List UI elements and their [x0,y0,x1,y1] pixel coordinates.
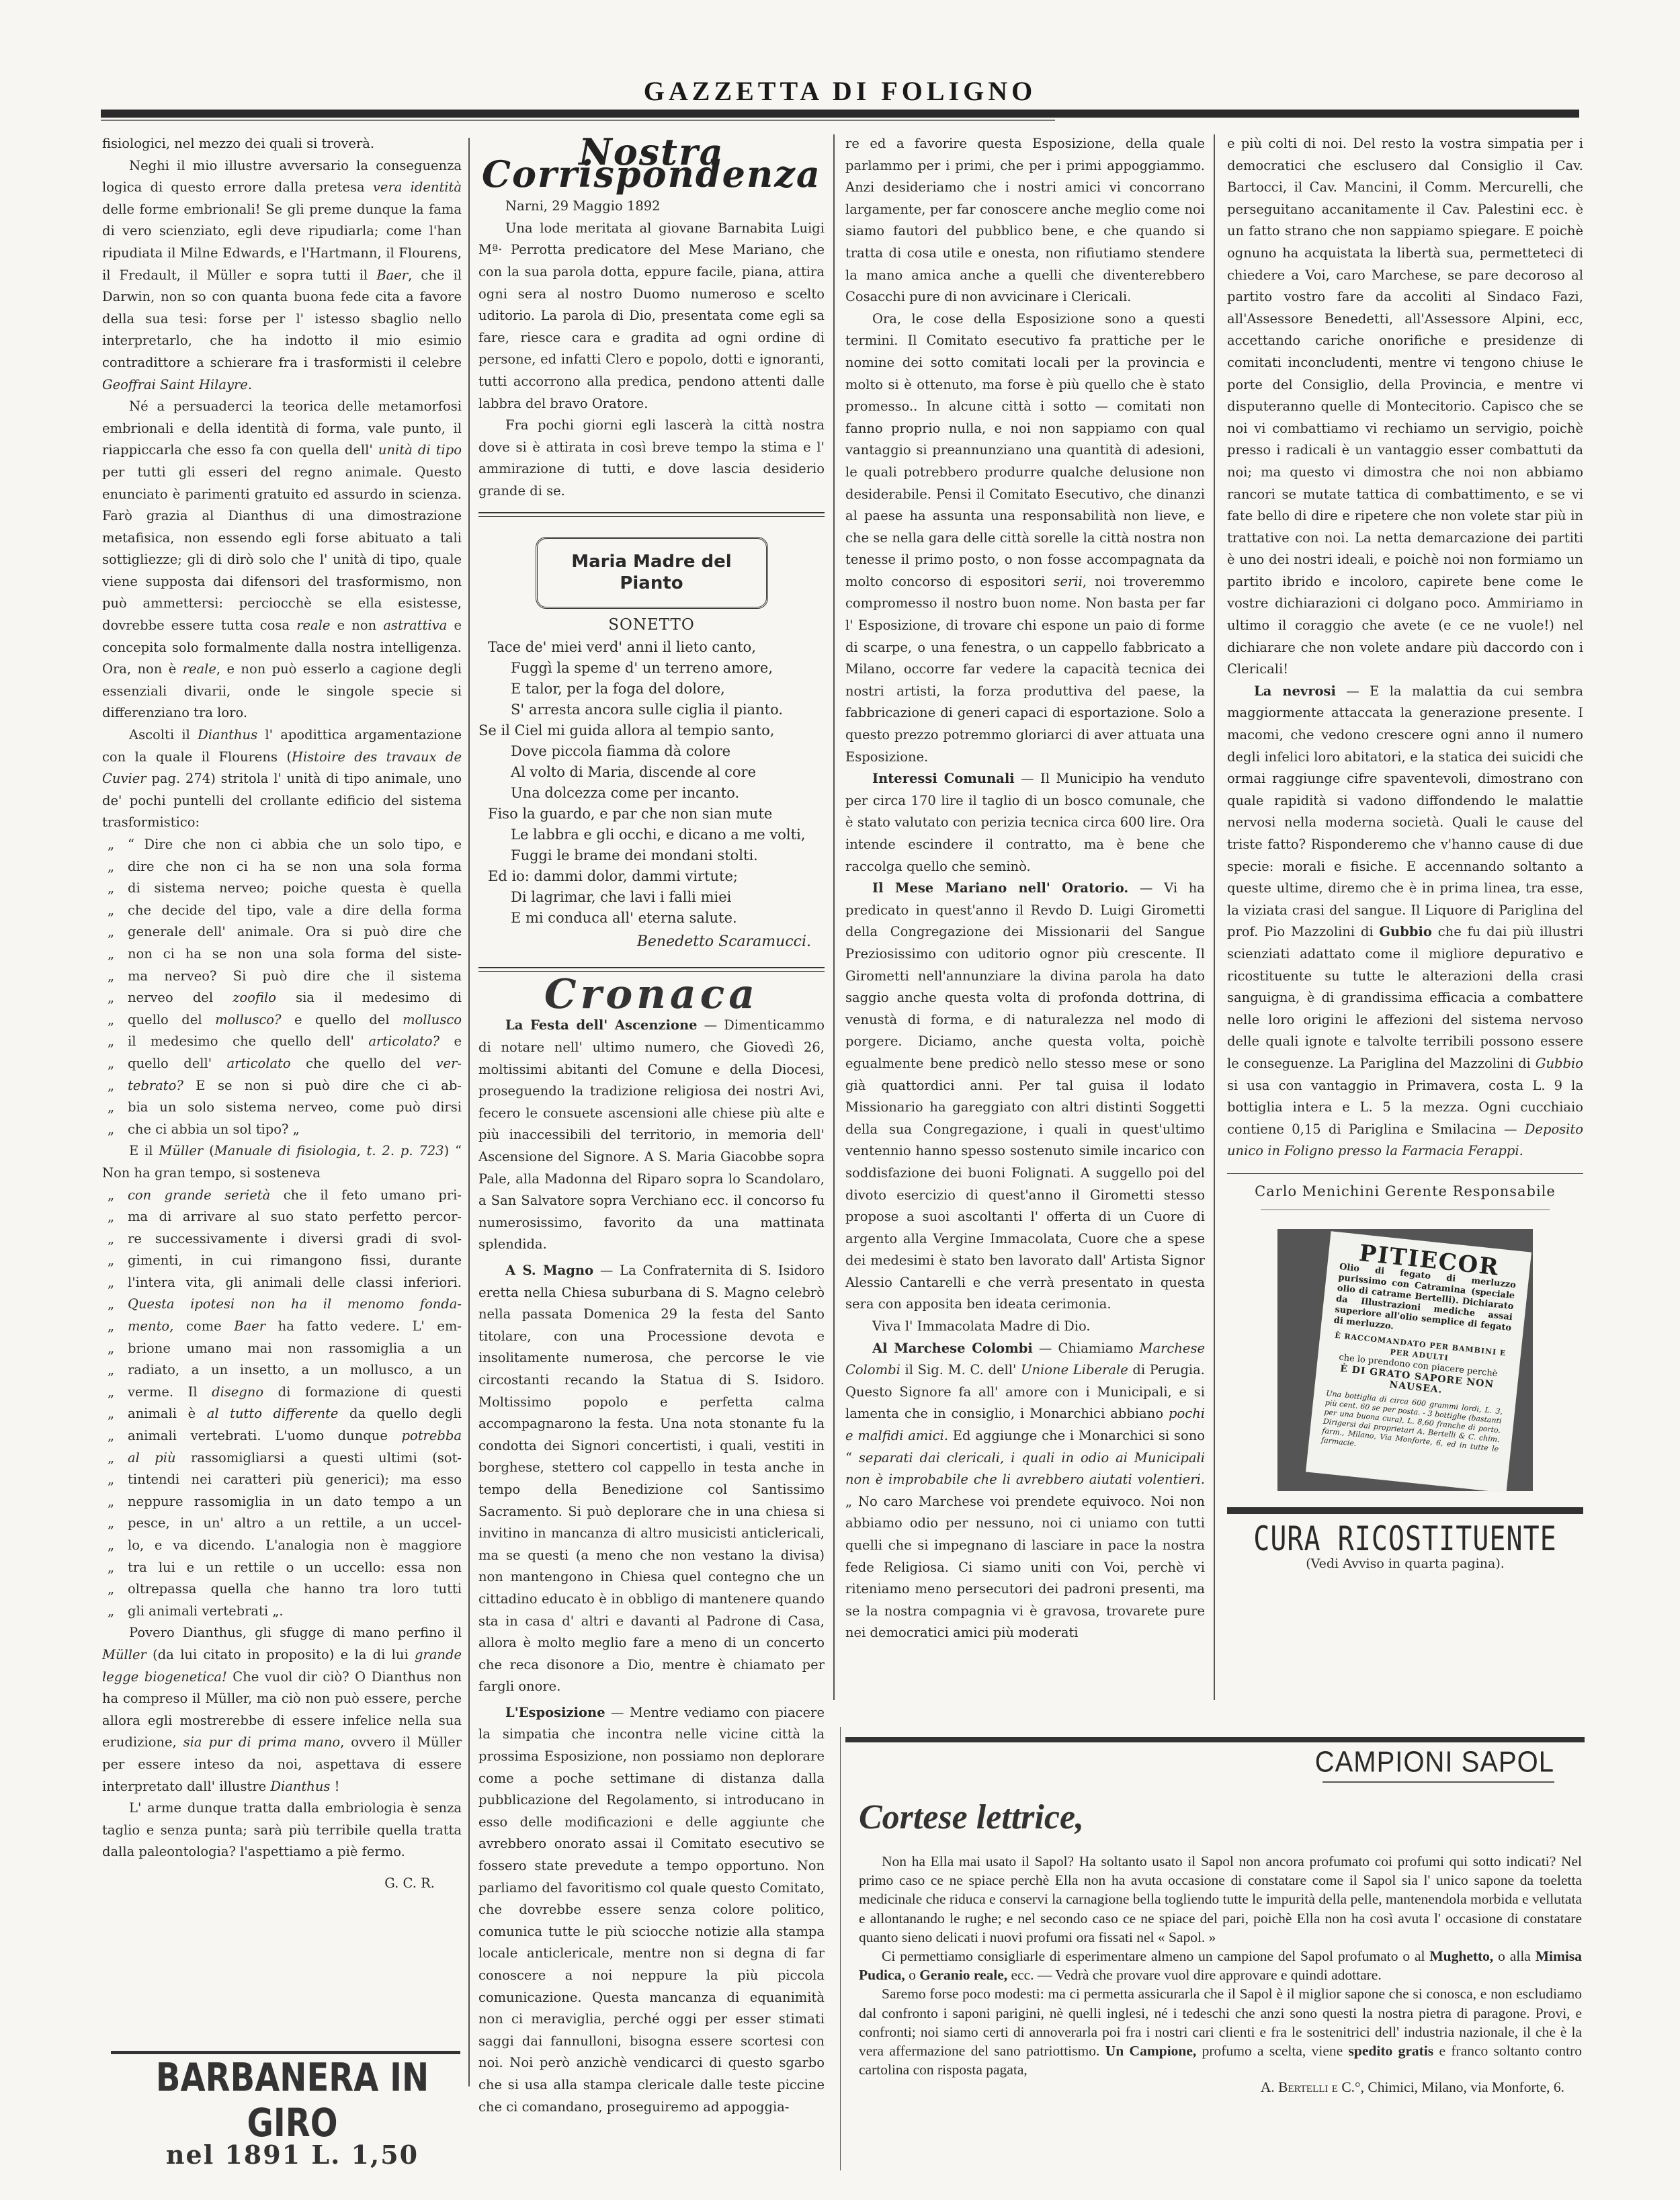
bold-heading: Gubbio [1379,924,1432,939]
paragraph: Né a persuaderci la teorica delle metamo… [102,396,462,724]
bold-heading: Mughetto, [1429,1948,1493,1964]
text-run: quello dell' [128,1056,227,1071]
article-column-correspondence: Nostra Corrispondenza Narni, 29 Maggio 1… [478,133,825,2118]
text-run: bia un solo sistema nerveo, come può dir… [128,1099,462,1115]
quote-mark: „ [108,1250,114,1272]
column-divider [1214,134,1215,1700]
correspondence-paragraph: Fra pochi giorni egli lascerà la città n… [478,415,825,502]
quote-mark: „ [108,921,114,943]
quote-mark: „ [108,878,114,900]
text-run: “ Dire che non ci abbia che un solo tipo… [128,837,462,852]
article-paragraphs: re ed a favorire questa Esposizione, del… [845,133,1205,1644]
text-run: gli animali vertebrati „. [128,1603,284,1619]
text-run: gimenti, in cui rimangono fissi, durante [128,1253,462,1268]
quote-mark: „ [108,1513,114,1535]
quotation-line: „quello dell' articolato che quello del … [102,1053,462,1075]
quotation-line: „“ Dire che non ci abbia che un solo tip… [102,834,462,856]
cura-ricostituente-title: CURA RICOSTITUENTE [1227,1525,1583,1553]
text-run: — Chiamiamo [1033,1341,1140,1356]
text-run: brione umano mai non rassomiglia a un [128,1341,462,1356]
news-item-text: — Mentre vediamo con piacere la simpatia… [478,1705,825,2115]
quotation-line: „tebrato? E se non si può dire che ci ab… [102,1075,462,1097]
poem-line: Fuggì la speme d' un terreno amore, [478,658,825,679]
poem-line: Al volto di Maria, discende al core [478,762,825,783]
quote-mark: „ [108,834,114,856]
text-run: e quello del [281,1012,403,1027]
text-run: o alla [1493,1948,1535,1964]
quotation-line: „al più rassomigliarsi a questi ultimi (… [102,1447,462,1470]
italic-text: Müller [159,1143,203,1158]
text-run: di sistema nerveo; poiche questa è quell… [128,880,462,896]
news-item-title: L'Esposizione [505,1705,605,1720]
quote-mark: „ [108,1469,114,1491]
poem-line: E mi conduca all' eterna salute. [478,908,825,929]
muller-citation: E il Müller (Manuale di fisiologia, t. 2… [102,1140,462,1184]
news-item: La Festa dell' Ascenzione — Dimenticammo… [478,1015,825,1256]
quotation-line: „neppure rassomiglia in un dato tempo a … [102,1491,462,1513]
section-heading-correspondence: Nostra Corrispondenza [478,141,825,185]
text-run: Non ha Ella mai usato il Sapol? Ha solta… [859,1853,1582,1945]
italic-text: tebrato? [128,1078,183,1093]
quotation-line: „generale dell' animale. Ora si può dire… [102,921,462,943]
quotation-line: „nerveo del zoofilo sia il medesimo di [102,987,462,1009]
bold-heading: spedito gratis [1349,2043,1434,2059]
quote-mark: „ [108,1535,114,1557]
paragraph: fisiologici, nel mezzo dei quali si trov… [102,133,462,155]
poem-line: E talor, per la foga del dolore, [478,679,825,700]
quotation-line: „oltrepassa quella che hanno tra loro tu… [102,1578,462,1601]
text-run: che quello del [291,1056,436,1071]
quotation-line: „gli animali vertebrati „. [102,1601,462,1623]
italic-text: mento, [128,1318,173,1334]
text-run: ecc. — Vedrà che provare vuol dire appro… [1007,1967,1382,1983]
text-run: ha fatto vedere. L' em- [265,1318,462,1334]
text-run: ma di arrivare al suo stato perfetto per… [128,1209,462,1224]
poem-line: Fuggi le brame dei mondani stolti. [478,845,825,866]
italic-text: Questa ipotesi non ha il menomo fonda- [128,1296,462,1312]
quotation-line: „il medesimo che quello dell' articolato… [102,1031,462,1053]
bold-heading: Interessi Comunali [872,771,1015,786]
poem-line: Una dolcezza come per incanto. [478,783,825,804]
italic-text: potrebba [401,1428,462,1443]
column-divider [840,1727,841,2170]
pitiecor-advertisement: PITIECOR Olio di fegato di merluzzo puri… [1277,1229,1533,1491]
quote-mark: „ [108,1601,114,1623]
sapol-body: Non ha Ella mai usato il Sapol? Ha solta… [845,1852,1585,2079]
quote-mark: „ [108,1403,114,1425]
italic-text: mollusco [403,1012,462,1027]
article-column-marchese: e più colti di noi. Del resto la vostra … [1227,133,1583,1575]
news-item: L'Esposizione — Mentre vediamo con piace… [478,1702,825,2118]
italic-text: articolato? [368,1033,439,1049]
article-signature: G. C. R. [102,1873,462,1895]
text-run: Viva l' Immacolata Madre di Dio. [872,1318,1091,1334]
divider [1227,1173,1583,1174]
text-run: Ora, le cose della Esposizione sono a qu… [845,311,1205,589]
barbanera-title: BARBANERA IN GIRO [114,2056,470,2146]
text-run: radiato, a un insetto, a un mollusco, a … [128,1362,462,1378]
paragraph: Interessi Comunali — Il Municipio ha ven… [845,768,1205,878]
paragraph: Viva l' Immacolata Madre di Dio. [845,1316,1205,1338]
italic-text: Baer [234,1318,265,1334]
quote-mark: „ [108,1185,114,1207]
sapol-greeting: Cortese lettrice, [859,1797,1585,1837]
quotation-line: „Questa ipotesi non ha il menomo fonda- [102,1294,462,1316]
text-run: verme. Il [128,1384,212,1400]
italic-text: Müller [102,1647,146,1662]
text-run: fisiologici, nel mezzo dei quali si trov… [102,136,374,151]
quote-mark: „ [108,1119,114,1141]
poem-body: Tace de' miei verd' anni il lieto canto,… [478,637,825,929]
quote-mark: „ [108,900,114,922]
text-run: re ed a favorire questa Esposizione, del… [845,136,1205,304]
poem-line: Fiso la guardo, e par che non sian mute [478,804,825,824]
news-item-title: La Festa dell' Ascenzione [505,1017,698,1033]
sapol-paragraph: Ci permettiamo consigliarle di esperimen… [859,1947,1582,1984]
correspondence-paragraph: Una lode meritata al giovane Barnabita L… [478,218,825,415]
text-run: E il [129,1143,159,1158]
poem-line: Se il Ciel mi guida allora al tempio san… [478,720,825,741]
quote-mark: „ [108,1338,114,1360]
text-run: per tutti gli esseri del regno animale. … [102,464,462,633]
sapol-paragraph: Saremo forse poco modesti: ma ci permett… [859,1984,1582,2079]
text-run: pag. 274) stritola l' unità di tipo anim… [102,771,462,830]
quotation-line: „pesce, in un' altro a un rettile, a un … [102,1513,462,1535]
text-run: l'intera vita, gli animali delle classi … [128,1275,462,1290]
cronaca-items: La Festa dell' Ascenzione — Dimenticammo… [478,1015,825,2118]
news-item-text: — Dimenticammo di notare nell' ultimo nu… [478,1017,825,1252]
italic-text: Dianthus [198,727,257,743]
text-run: (da lui citato in proposito) e la di lui [146,1647,415,1662]
poem-line: Dove piccola fiamma dà colore [478,741,825,762]
text-run: rassomigliarsi a questi ultimi (sot- [176,1450,462,1466]
quote-mark: „ [108,856,114,878]
news-item: A S. Magno — La Confraternita di S. Isid… [478,1260,825,1698]
column-divider [833,134,835,1700]
text-run: tra lui e un rettile o un uccello: essa … [128,1560,462,1575]
text-run: ( [203,1143,214,1158]
text-run: re successivamente i diversi gradi di sv… [128,1231,462,1246]
text-run: generale dell' animale. Ora si può dire … [128,924,462,939]
italic-text: ver- [436,1056,462,1071]
article-conclusion: Povero Dianthus, gli sfugge di mano perf… [102,1622,462,1863]
quotation-line: „ma di arrivare al suo stato perfetto pe… [102,1206,462,1228]
poem-line: Tace de' miei verd' anni il lieto canto, [478,637,825,658]
news-item-text: — La Confraternita di S. Isidoro eretta … [478,1263,825,1694]
text-run: nerveo del [128,990,233,1005]
ad-separator-rule [1227,1507,1583,1514]
quotation-line: „non ci ha se non una sola forma del sis… [102,943,462,966]
quote-mark: „ [108,1053,114,1075]
paragraph: Povero Dianthus, gli sfugge di mano perf… [102,1622,462,1797]
news-item-title: A S. Magno [505,1263,593,1278]
italic-text: astrattiva [383,618,447,633]
pitiecor-card: PITIECOR Olio di fegato di merluzzo puri… [1306,1231,1531,1492]
text-run: il medesimo che quello dell' [128,1033,368,1049]
quote-mark: „ [108,1206,114,1228]
quotation-line: „bia un solo sistema nerveo, come può di… [102,1097,462,1119]
poem-title-box: Maria Madre del Pianto [536,537,768,609]
text-run: — Vi ha predicato in quest'anno il Revdo… [845,880,1205,1312]
quotation-line: „verme. Il disegno di formazione di ques… [102,1382,462,1404]
italic-text: al tutto differente [207,1406,339,1421]
poem-line: Di lagrimar, che lavi i falli miei [478,887,825,908]
quotation-line: „con grande serietà che il feto umano pr… [102,1185,462,1207]
poem-author: Benedetto Scaramucci. [478,931,825,954]
quote-mark: „ [108,1447,114,1470]
bold-heading: Geranio reale, [919,1967,1007,1983]
article-column-esposizione: re ed a favorire questa Esposizione, del… [845,133,1205,1644]
dateline: Narni, 29 Maggio 1892 [478,196,825,218]
text-run: non ci ha se non una sola forma del sist… [128,946,462,962]
sapol-advertisement: CAMPIONI SAPOL Cortese lettrice, Non ha … [845,1747,1585,2096]
bold-heading: Al Marchese Colombi [872,1341,1033,1356]
italic-text: Manuale di fisiologia, t. 2. p. 723 [214,1143,444,1158]
divider [1261,1210,1550,1210]
text-run: — E la malattia da cui sembra maggiormen… [1227,683,1583,940]
italic-text: separati dai clericali, i quali in odio … [845,1450,1205,1488]
text-run: ! [330,1779,339,1794]
bold-heading: Un Campione, [1105,2043,1197,2059]
sapol-signature: A. Bertelli e C.°, Chimici, Milano, via … [845,2079,1585,2096]
quotation-line: „mento, come Baer ha fatto vedere. L' em… [102,1316,462,1338]
quotation-line: „che decide del tipo, vale a dire della … [102,900,462,922]
quote-mark: „ [108,1272,114,1294]
italic-text: serii [1054,574,1083,589]
quote-mark: „ [108,1009,114,1031]
quote-mark: „ [108,1491,114,1513]
ornamental-divider [478,512,825,517]
quote-mark: „ [108,966,114,988]
poem-subtitle: SONETTO [478,614,825,636]
column-divider [468,138,470,2086]
masthead-rule [101,110,1579,118]
italic-text: zoofilo [233,990,276,1005]
quotation-line: „dire che non ci ha se non una sola form… [102,856,462,878]
text-run: , noi troveremmo compromesso il nostro b… [845,574,1205,765]
text-run: ma nerveo? Si può dire che il sistema [128,968,462,984]
quotation-line: „di sistema nerveo; poiche questa è quel… [102,878,462,900]
ad-separator-rule [111,2051,460,2054]
italic-text: reale [183,661,216,677]
bold-heading: Il Mese Mariano nell' Oratorio. [872,880,1128,896]
quote-mark: „ [108,1075,114,1097]
italic-text: Geoffrai Saint Hilayre. [102,377,252,392]
text-run: — Il Municipio ha venduto per circa 170 … [845,771,1205,874]
text-run: che decide del tipo, vale a dire della f… [128,902,462,918]
poem-line: Ed io: dammi dolor, dammi virtute; [478,866,825,887]
sapol-heading-rule [1322,1781,1554,1783]
sapol-heading: CAMPIONI SAPOL [845,1746,1585,1779]
newspaper-masthead: GAZZETTA DI FOLIGNO [0,75,1680,107]
quote-mark: „ [108,1359,114,1382]
italic-text: al più [128,1450,176,1466]
text-run: lo, e va dicendo. L'analogia non è maggi… [128,1537,462,1553]
text-run: di formazione di questi [263,1384,462,1400]
text-run: oltrepassa quella che hanno tra loro tut… [128,1581,462,1597]
text-run: animali è [128,1406,207,1421]
text-run: Ci permettiamo consigliarle di esperimen… [882,1948,1429,1964]
italic-text: sia pur di prima mano [183,1734,340,1750]
italic-text: Gubbio [1536,1056,1583,1071]
sapol-paragraph: Non ha Ella mai usato il Sapol? Ha solta… [859,1852,1582,1947]
pitiecor-price-info: Una bottiglia di circa 600 grammi lordi,… [1320,1388,1503,1463]
italic-text: Unione Liberale [1021,1362,1128,1378]
quote-mark: „ [108,1382,114,1404]
quotation-line: „ma nerveo? Si può dire che il sistema [102,966,462,988]
text-run: „ No caro Marchese voi prendete equivoco… [845,1494,1205,1641]
text-run: che ci abbia un sol tipo? „ [128,1122,300,1137]
text-run: il Sig. M. C. dell' [900,1362,1021,1378]
text-run: Povero Dianthus, gli sfugge di mano perf… [129,1625,462,1640]
text-run: quello del [128,1012,215,1027]
ad-separator-rule [845,1737,1585,1742]
quote-mark: „ [108,1557,114,1579]
sapol-company: A. Bertelli e C.° [1261,2079,1361,2095]
italic-text: articolato [227,1056,291,1071]
italic-text: Baer [376,267,408,283]
quote-mark: „ [108,1294,114,1316]
quote-mark: „ [108,1228,114,1251]
paragraph: Neghi il mio illustre avversario la cons… [102,155,462,396]
text-run: che il feto umano pri- [270,1187,462,1203]
quotation-line: „lo, e va dicendo. L'analogia non è magg… [102,1535,462,1557]
quotation-line: „re successivamente i diversi gradi di s… [102,1228,462,1251]
paragraph: Al Marchese Colombi — Chiamiamo Marchese… [845,1338,1205,1644]
article-column-embryology: fisiologici, nel mezzo dei quali si trov… [102,133,462,1895]
article-paragraphs: fisiologici, nel mezzo dei quali si trov… [102,133,462,834]
paragraph: L' arme dunque tratta dalla embriologia … [102,1797,462,1863]
paragraph: Ora, le cose della Esposizione sono a qu… [845,308,1205,768]
text-run: sia il medesimo di [276,990,462,1005]
managing-editor-credit: Carlo Menichini Gerente Responsabile [1227,1181,1583,1203]
text-run: dire che non ci ha se non una sola forma [128,859,462,874]
italic-text: mollusco? [215,1012,281,1027]
quote-mark: „ [108,987,114,1009]
quote-mark: „ [108,1425,114,1447]
italic-text: con grande serietà [128,1187,270,1203]
text-run: e più colti di noi. Del resto la vostra … [1227,136,1583,677]
muller-quotation: „con grande serietà che il feto umano pr… [102,1185,462,1623]
masthead-thin-rule [101,120,1055,121]
italic-text: Dianthus [270,1779,330,1794]
text-run: o [905,1967,920,1983]
quote-mark: „ [108,1031,114,1053]
italic-text: vera identità [373,179,462,195]
sapol-address: , Chimici, Milano, via Monforte, 6. [1361,2079,1564,2095]
quote-mark: „ [108,943,114,966]
text-run: animali vertebrati. L'uomo dunque [128,1428,401,1443]
text-run: che fu dai più illustri scienziati adatt… [1227,924,1583,1071]
quotation-line: „tintendi nei caratteri più generici); m… [102,1469,462,1491]
text-run: e non [330,618,383,633]
text-run: da quello degli [338,1406,462,1421]
text-run: L' arme dunque tratta dalla embriologia … [102,1800,462,1859]
quotation-line: „tra lui e un rettile o un uccello: essa… [102,1557,462,1579]
poem-line: S' arresta ancora sulle ciglia il pianto… [478,700,825,720]
paragraph: e più colti di noi. Del resto la vostra … [1227,133,1583,681]
text-run: pesce, in un' altro a un rettile, a un u… [128,1515,462,1531]
text-run: profumo a scelta, viene [1196,2043,1348,2059]
flourens-quotation: „“ Dire che non ci abbia che un solo tip… [102,834,462,1140]
paragraph: La nevrosi — E la malattia da cui sembra… [1227,681,1583,1162]
quotation-line: „animali è al tutto differente da quello… [102,1403,462,1425]
quotation-line: „brione umano mai non rassomiglia a un [102,1338,462,1360]
text-run: tintendi nei caratteri più generici); ma… [128,1472,462,1487]
paragraph: Il Mese Mariano nell' Oratorio. — Vi ha … [845,878,1205,1316]
italic-text: unità di tipo [378,442,462,458]
quotation-line: „radiato, a un insetto, a un mollusco, a… [102,1359,462,1382]
quote-mark: „ [108,1097,114,1119]
text-run: neppure rassomiglia in un dato tempo a u… [128,1494,462,1509]
quote-mark: „ [108,1578,114,1601]
quotation-line: „gimenti, in cui rimangono fissi, durant… [102,1250,462,1272]
quote-mark: „ [108,1316,114,1338]
quotation-line: „quello del mollusco? e quello del mollu… [102,1009,462,1031]
section-heading-cronaca: Cronaca [478,984,825,1006]
article-paragraphs: e più colti di noi. Del resto la vostra … [1227,133,1583,1162]
quotation-line: „animali vertebrati. L'uomo dunque potre… [102,1425,462,1447]
paragraph: Ascolti il Dianthus l' apodittica argame… [102,724,462,834]
italic-text: reale [296,618,330,633]
italic-text: disegno [212,1384,263,1400]
barbanera-advertisement: BARBANERA IN GIRO nel 1891 L. 1,50 [114,2063,470,2170]
text-run: e [439,1033,462,1049]
quotation-line: „l'intera vita, gli animali delle classi… [102,1272,462,1294]
text-run: come [173,1318,234,1334]
bold-heading: La nevrosi [1254,683,1336,699]
quotation-line: „che ci abbia un sol tipo? „ [102,1119,462,1141]
paragraph: re ed a favorire questa Esposizione, del… [845,133,1205,308]
text-run: E se non si può dire che ci ab- [183,1078,462,1093]
text-run: Ascolti il [129,727,198,743]
poem-line: Le labbra e gli occhi, e dicano a me vol… [478,824,825,845]
